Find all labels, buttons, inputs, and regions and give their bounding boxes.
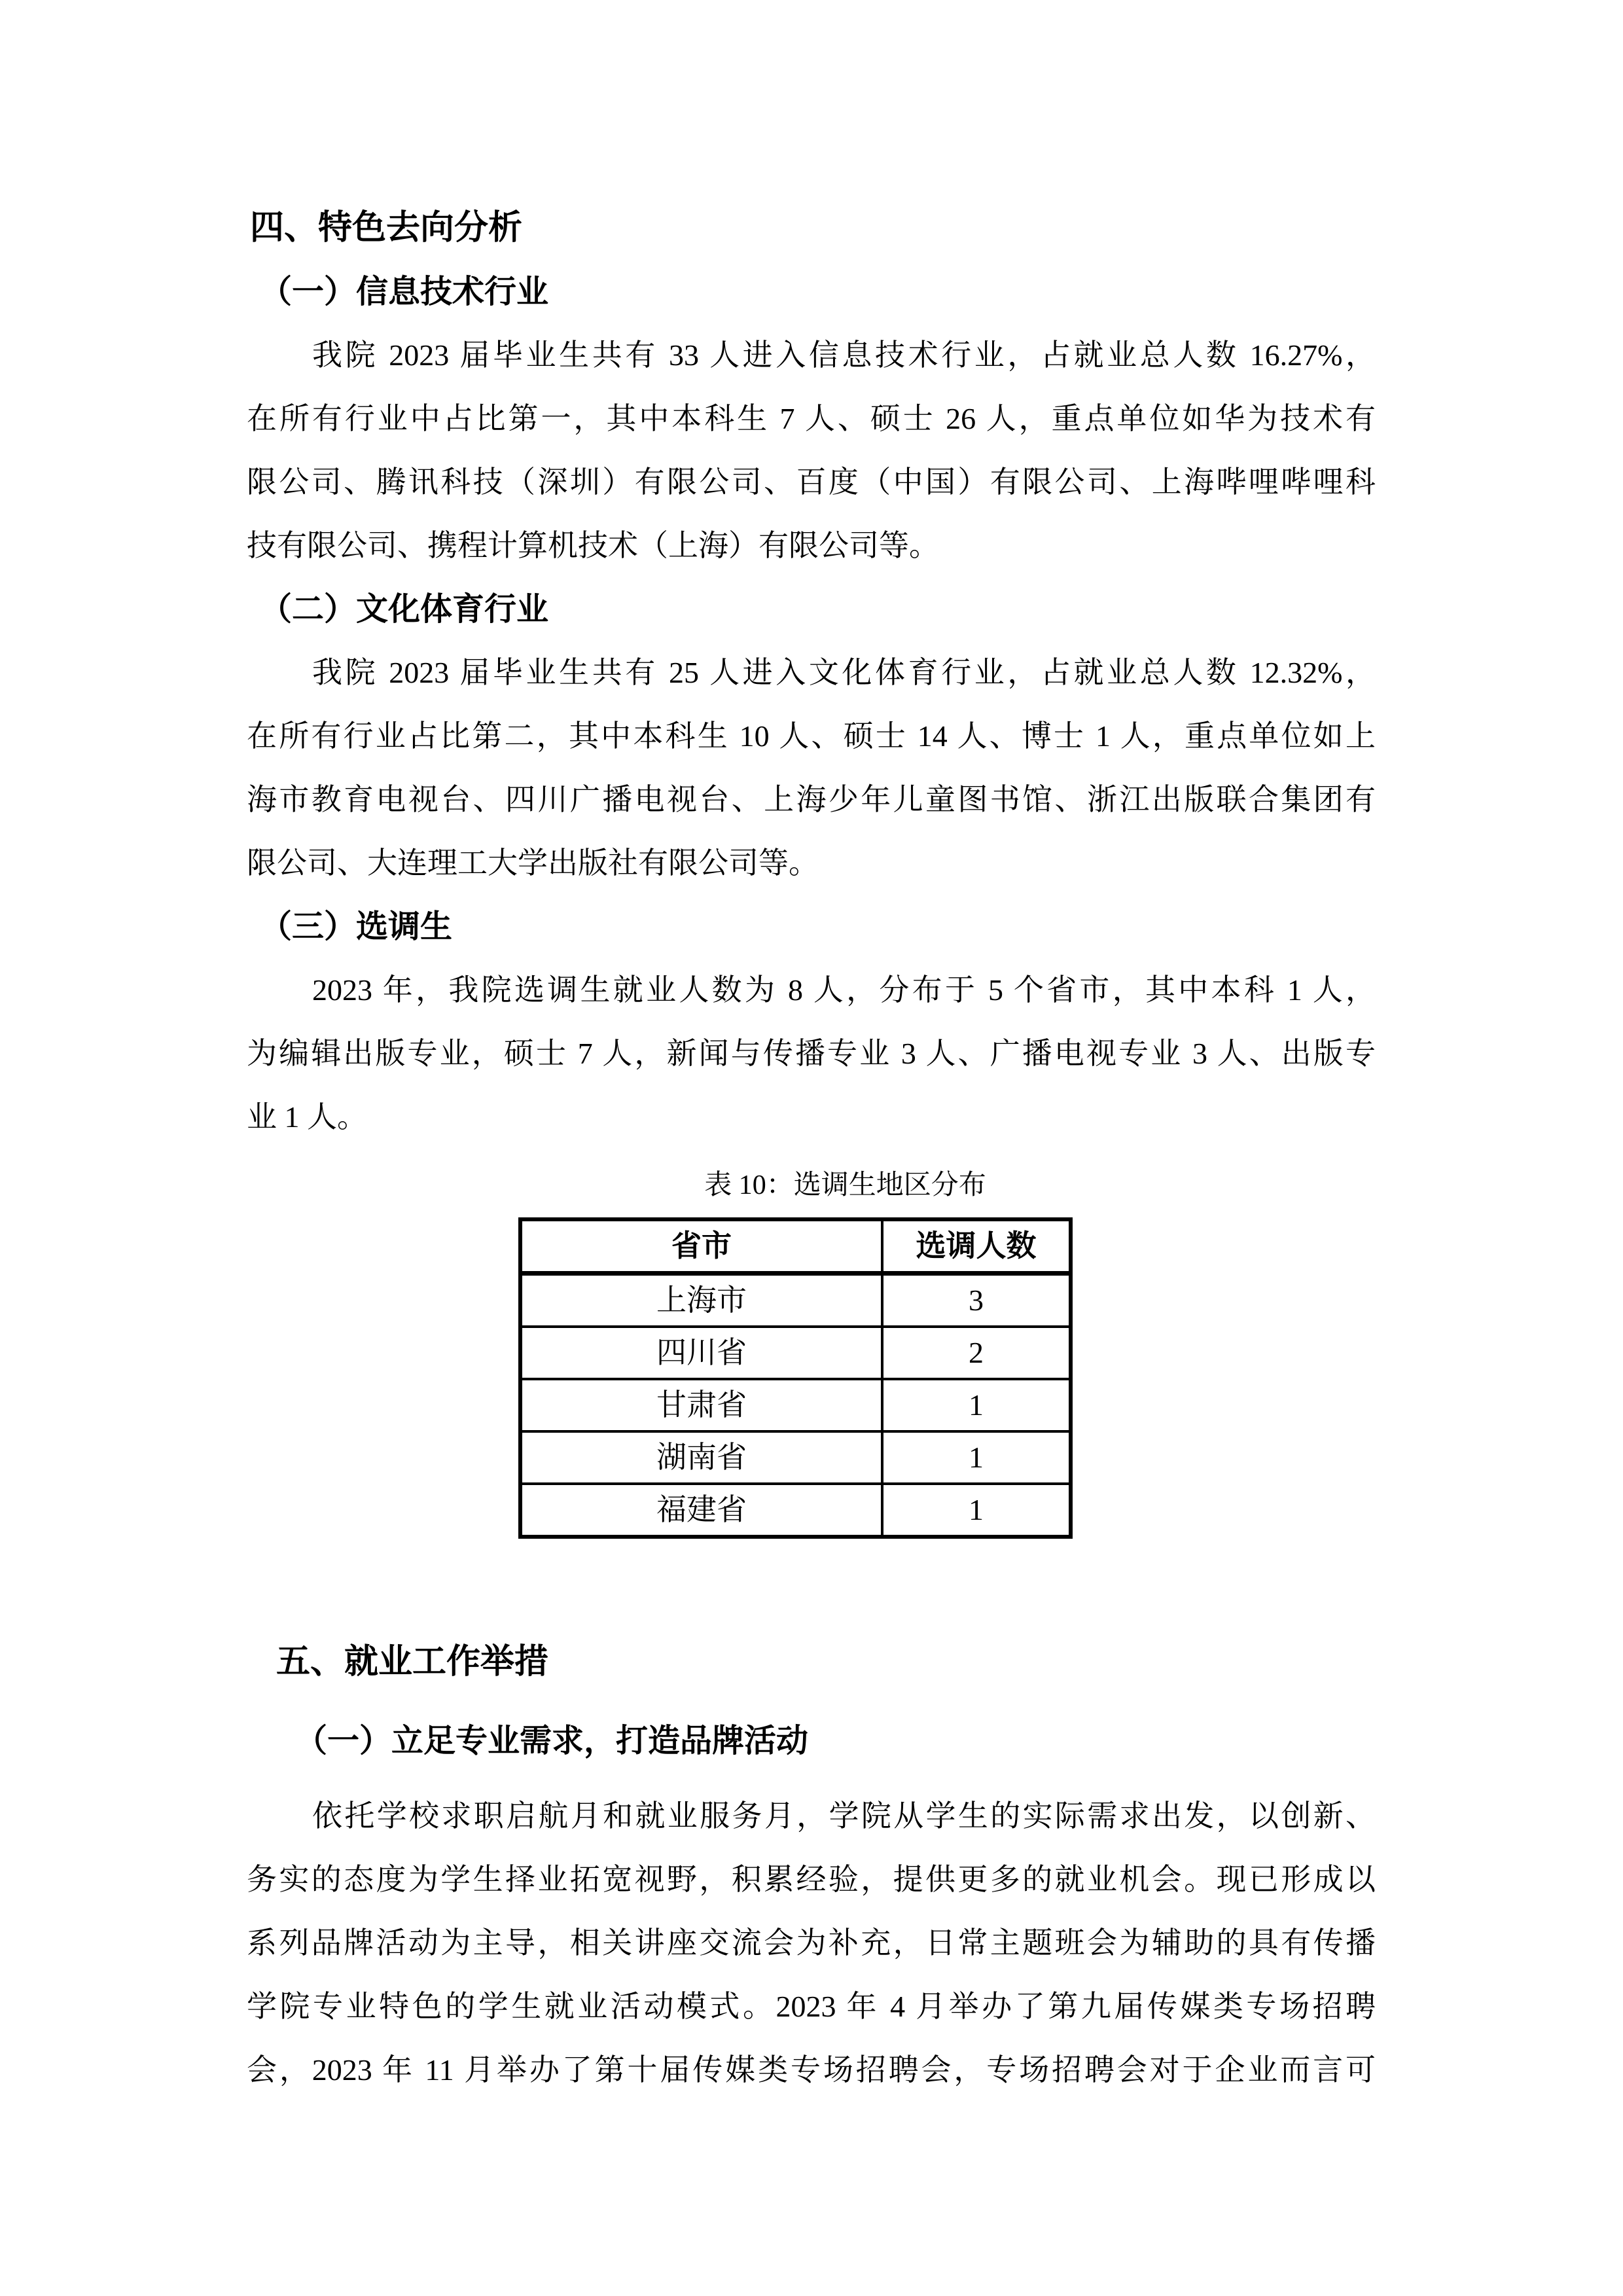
body-line: 学院专业特色的学生就业活动模式。2023 年 4 月举办了第九届传媒类专场招聘 xyxy=(247,1975,1376,2038)
body-line: 为编辑出版专业，硕士 7 人，新闻与传播专业 3 人、广播电视专业 3 人、出版… xyxy=(247,1022,1376,1085)
section5-sub1-heading: （一）立足专业需求，打造品牌活动 xyxy=(295,1709,1376,1772)
body-line: 技有限公司、携程计算机技术（上海）有限公司等。 xyxy=(247,514,1376,577)
table-caption: 表 10：选调生地区分布 xyxy=(247,1154,1376,1217)
cell-province: 福建省 xyxy=(520,1484,882,1537)
paragraph-culture-sports: 我院 2023 届毕业生共有 25 人进入文化体育行业，占就业总人数 12.32… xyxy=(247,641,1376,895)
cell-count: 2 xyxy=(882,1327,1071,1379)
body-line: 系列品牌活动为主导，相关讲座交流会为补充，日常主题班会为辅助的具有传播 xyxy=(247,1911,1376,1975)
body-line: 我院 2023 届毕业生共有 33 人进入信息技术行业，占就业总人数 16.27… xyxy=(247,323,1376,387)
body-line: 2023 年，我院选调生就业人数为 8 人，分布于 5 个省市，其中本科 1 人… xyxy=(247,958,1376,1022)
section4-heading: 四、特色去向分析 xyxy=(250,196,1376,260)
column-header-province: 省市 xyxy=(520,1219,882,1274)
cell-count: 1 xyxy=(882,1431,1071,1484)
body-line: 会，2023 年 11 月举办了第十届传媒类专场招聘会，专场招聘会对于企业而言可 xyxy=(247,2038,1376,2102)
cell-province: 湖南省 xyxy=(520,1431,882,1484)
body-line: 限公司、腾讯科技（深圳）有限公司、百度（中国）有限公司、上海哔哩哔哩科 xyxy=(247,450,1376,514)
table-row: 四川省 2 xyxy=(520,1327,1071,1379)
cell-count: 1 xyxy=(882,1379,1071,1431)
paragraph-it-industry: 我院 2023 届毕业生共有 33 人进入信息技术行业，占就业总人数 16.27… xyxy=(247,323,1376,577)
document-page: 四、特色去向分析 （一）信息技术行业 我院 2023 届毕业生共有 33 人进入… xyxy=(0,0,1623,2296)
table-row: 上海市 3 xyxy=(520,1274,1071,1327)
table-10-region-distribution: 省市 选调人数 上海市 3 四川省 2 甘肃省 1 湖南省 1 福建省 xyxy=(518,1217,1073,1539)
table-header-row: 省市 选调人数 xyxy=(520,1219,1071,1274)
column-header-count: 选调人数 xyxy=(882,1219,1071,1274)
table-row: 福建省 1 xyxy=(520,1484,1071,1537)
paragraph-xuandiaosheng: 2023 年，我院选调生就业人数为 8 人，分布于 5 个省市，其中本科 1 人… xyxy=(247,958,1376,1149)
section4-sub2-heading: （二）文化体育行业 xyxy=(260,577,1376,641)
cell-province: 甘肃省 xyxy=(520,1379,882,1431)
body-line: 在所有行业占比第二，其中本科生 10 人、硕士 14 人、博士 1 人，重点单位… xyxy=(247,704,1376,768)
section4-sub1-heading: （一）信息技术行业 xyxy=(260,260,1376,323)
paragraph-employment-measures: 依托学校求职启航月和就业服务月，学院从学生的实际需求出发，以创新、 务实的态度为… xyxy=(247,1784,1376,2102)
body-line: 在所有行业中占比第一，其中本科生 7 人、硕士 26 人，重点单位如华为技术有 xyxy=(247,387,1376,450)
section4-sub3-heading: （三）选调生 xyxy=(260,895,1376,958)
body-line: 业 1 人。 xyxy=(247,1085,1376,1149)
table-row: 甘肃省 1 xyxy=(520,1379,1071,1431)
cell-province: 四川省 xyxy=(520,1327,882,1379)
body-line: 限公司、大连理工大学出版社有限公司等。 xyxy=(247,831,1376,895)
body-line: 务实的态度为学生择业拓宽视野，积累经验，提供更多的就业机会。现已形成以 xyxy=(247,1848,1376,1911)
body-line: 我院 2023 届毕业生共有 25 人进入文化体育行业，占就业总人数 12.32… xyxy=(247,641,1376,704)
cell-province: 上海市 xyxy=(520,1274,882,1327)
section5-heading: 五、就业工作举措 xyxy=(276,1630,1376,1694)
cell-count: 1 xyxy=(882,1484,1071,1537)
cell-count: 3 xyxy=(882,1274,1071,1327)
table-row: 湖南省 1 xyxy=(520,1431,1071,1484)
body-line: 海市教育电视台、四川广播电视台、上海少年儿童图书馆、浙江出版联合集团有 xyxy=(247,768,1376,831)
body-line: 依托学校求职启航月和就业服务月，学院从学生的实际需求出发，以创新、 xyxy=(247,1784,1376,1848)
